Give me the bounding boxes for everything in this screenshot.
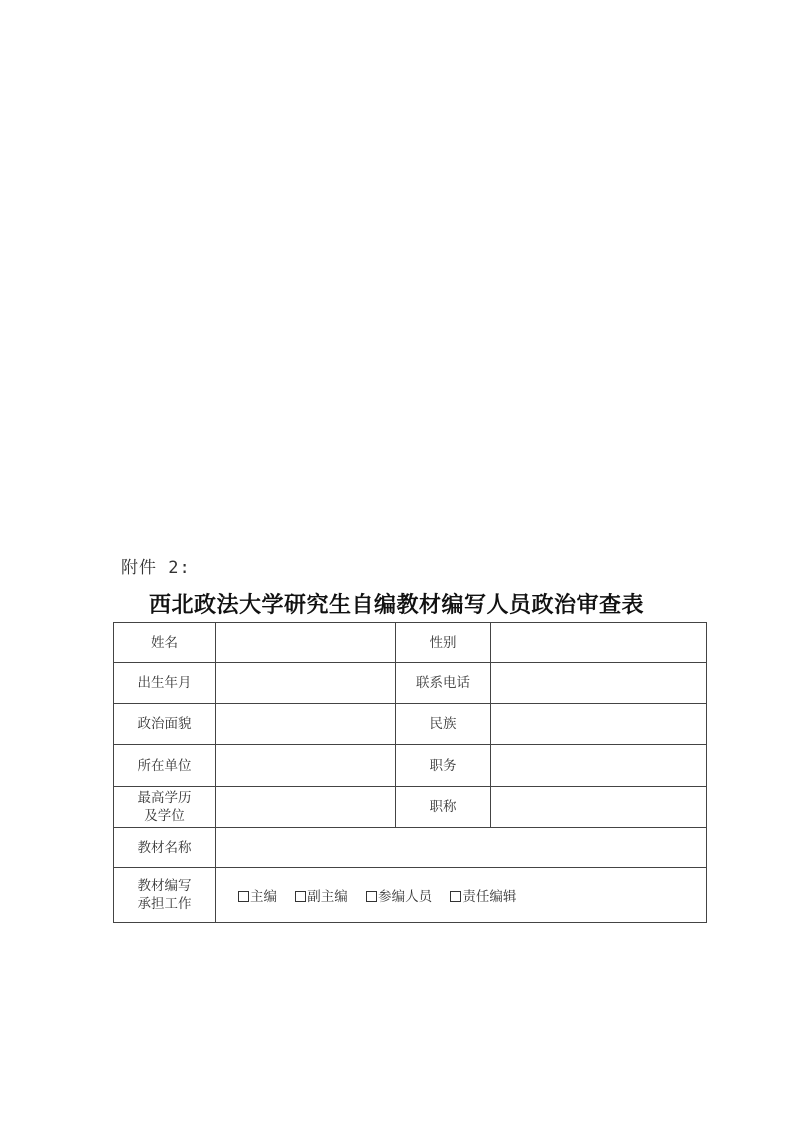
ethnicity-label: 民族	[396, 704, 491, 745]
role-option-deputy-editor[interactable]: 副主编	[295, 885, 348, 905]
ethnicity-field[interactable]	[491, 704, 707, 745]
role-option-contributor[interactable]: 参编人员	[366, 885, 432, 905]
table-row: 所在单位 职务	[114, 745, 707, 787]
political-status-field[interactable]	[216, 704, 396, 745]
checkbox-icon[interactable]	[295, 891, 306, 902]
gender-label: 性别	[396, 623, 491, 663]
textbook-name-label: 教材名称	[114, 828, 216, 868]
table-row: 教材名称	[114, 828, 707, 868]
position-field[interactable]	[491, 745, 707, 787]
phone-field[interactable]	[491, 663, 707, 704]
phone-label: 联系电话	[396, 663, 491, 704]
document-title: 西北政法大学研究生自编教材编写人员政治审查表	[0, 588, 793, 619]
highest-degree-label-line1: 最高学历	[114, 789, 215, 807]
highest-degree-field[interactable]	[216, 787, 396, 828]
highest-degree-label-line2: 及学位	[114, 807, 215, 825]
position-label: 职务	[396, 745, 491, 787]
role-label-line1: 教材编写	[114, 877, 215, 895]
name-label: 姓名	[114, 623, 216, 663]
checkbox-icon[interactable]	[238, 891, 249, 902]
role-label: 教材编写 承担工作	[114, 868, 216, 923]
review-form-table: 姓名 性别 出生年月 联系电话 政治面貌 民族 所在单位 职务 最高学历 及学位…	[113, 622, 707, 923]
table-row: 最高学历 及学位 职称	[114, 787, 707, 828]
table-row: 政治面貌 民族	[114, 704, 707, 745]
checkbox-icon[interactable]	[450, 891, 461, 902]
affiliation-label: 所在单位	[114, 745, 216, 787]
table-row: 教材编写 承担工作 主编 副主编 参编人员 责任编辑	[114, 868, 707, 923]
highest-degree-label: 最高学历 及学位	[114, 787, 216, 828]
role-label-line2: 承担工作	[114, 895, 215, 913]
role-option-chief-editor[interactable]: 主编	[238, 885, 277, 905]
title-field[interactable]	[491, 787, 707, 828]
political-status-label: 政治面貌	[114, 704, 216, 745]
textbook-name-field[interactable]	[216, 828, 707, 868]
attachment-label: 附件 2:	[121, 553, 191, 578]
affiliation-field[interactable]	[216, 745, 396, 787]
name-field[interactable]	[216, 623, 396, 663]
role-options: 主编 副主编 参编人员 责任编辑	[216, 868, 707, 923]
birth-date-field[interactable]	[216, 663, 396, 704]
checkbox-icon[interactable]	[366, 891, 377, 902]
gender-field[interactable]	[491, 623, 707, 663]
birth-date-label: 出生年月	[114, 663, 216, 704]
role-option-responsible-editor[interactable]: 责任编辑	[450, 885, 516, 905]
title-label: 职称	[396, 787, 491, 828]
table-row: 出生年月 联系电话	[114, 663, 707, 704]
table-row: 姓名 性别	[114, 623, 707, 663]
